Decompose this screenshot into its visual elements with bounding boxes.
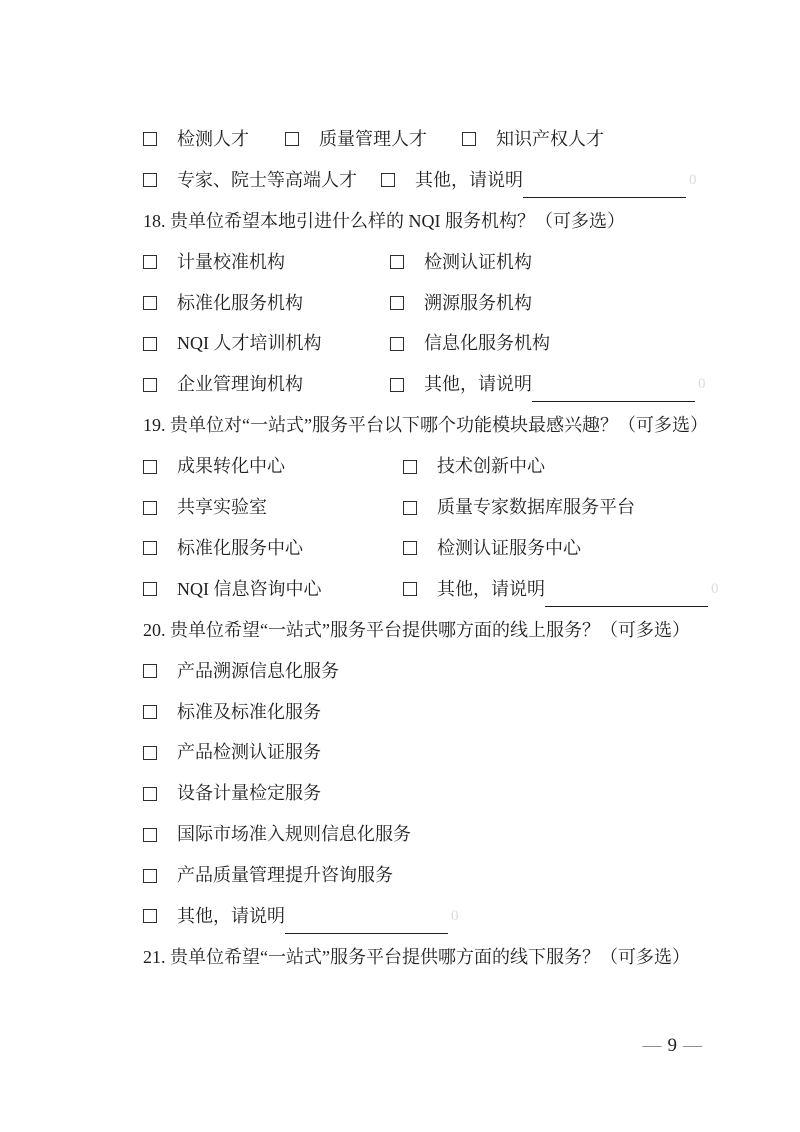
option-checkbox[interactable] bbox=[143, 132, 157, 146]
option: 检测人才 bbox=[143, 119, 285, 160]
other-fill-blank[interactable] bbox=[545, 591, 708, 607]
option: 检测认证机构 bbox=[390, 242, 532, 283]
option: 产品检测认证服务 bbox=[143, 732, 321, 773]
page-number-dash-left: — bbox=[643, 1035, 662, 1057]
option: 质量专家数据库服务平台 bbox=[403, 487, 635, 528]
option: 质量管理人才 bbox=[285, 119, 462, 160]
option-row: 产品检测认证服务 bbox=[100, 732, 715, 773]
option-checkbox[interactable] bbox=[143, 787, 157, 801]
option-label: 其他，请说明 bbox=[424, 364, 532, 405]
option-row: 计量校准机构 检测认证机构 bbox=[100, 242, 715, 283]
option-row: 产品溯源信息化服务 bbox=[100, 651, 715, 692]
option-label: 产品检测认证服务 bbox=[177, 732, 321, 773]
option-row: 标准化服务中心 检测认证服务中心 bbox=[100, 528, 715, 569]
option-checkbox[interactable] bbox=[403, 501, 417, 515]
option-checkbox[interactable] bbox=[143, 378, 157, 392]
option-label: 检测认证机构 bbox=[424, 242, 532, 283]
option-checkbox[interactable] bbox=[403, 582, 417, 596]
option-checkbox[interactable] bbox=[143, 664, 157, 678]
option-checkbox[interactable] bbox=[143, 909, 157, 923]
option: 标准化服务机构 bbox=[143, 283, 390, 324]
scan-artifact: 0 bbox=[698, 364, 706, 405]
option-checkbox[interactable] bbox=[390, 378, 404, 392]
option-label: 专家、院士等高端人才 bbox=[177, 160, 357, 201]
option-label: 技术创新中心 bbox=[437, 446, 545, 487]
option-checkbox[interactable] bbox=[143, 869, 157, 883]
scan-artifact: 0 bbox=[711, 569, 719, 610]
option-checkbox[interactable] bbox=[462, 132, 476, 146]
option-row: 设备计量检定服务 bbox=[100, 773, 715, 814]
option: 检测认证服务中心 bbox=[403, 528, 581, 569]
option-checkbox[interactable] bbox=[403, 460, 417, 474]
option-label: NQI 人才培训机构 bbox=[177, 323, 322, 364]
option: 成果转化中心 bbox=[143, 446, 403, 487]
option: 标准及标准化服务 bbox=[143, 692, 321, 733]
option-label: 计量校准机构 bbox=[177, 242, 285, 283]
option: 标准化服务中心 bbox=[143, 528, 403, 569]
option-row: 产品质量管理提升咨询服务 bbox=[100, 855, 715, 896]
option: 知识产权人才 bbox=[462, 119, 604, 160]
option-checkbox[interactable] bbox=[143, 173, 157, 187]
option-checkbox[interactable] bbox=[403, 541, 417, 555]
option-other: 其他，请说明 0 bbox=[390, 364, 706, 405]
option-checkbox[interactable] bbox=[143, 705, 157, 719]
page-number-value: 9 bbox=[668, 1035, 678, 1057]
option-row: NQI 信息咨询中心 其他，请说明 0 bbox=[100, 569, 715, 610]
question-19-title: 19. 贵单位对“一站式”服务平台以下哪个功能模块最感兴趣？（可多选） bbox=[100, 405, 700, 446]
page-number-dash-right: — bbox=[683, 1035, 702, 1057]
option-row: 标准及标准化服务 bbox=[100, 692, 715, 733]
option-label: 产品溯源信息化服务 bbox=[177, 651, 339, 692]
option: 国际市场准入规则信息化服务 bbox=[143, 814, 411, 855]
option: 产品质量管理提升咨询服务 bbox=[143, 855, 393, 896]
option-label: 其他，请说明 bbox=[177, 896, 285, 937]
option-other: 其他，请说明 0 bbox=[403, 569, 719, 610]
option-label: 标准化服务中心 bbox=[177, 528, 303, 569]
option-label: 检测人才 bbox=[177, 119, 249, 160]
option-row: 共享实验室 质量专家数据库服务平台 bbox=[100, 487, 715, 528]
option: 产品溯源信息化服务 bbox=[143, 651, 339, 692]
option: 共享实验室 bbox=[143, 487, 403, 528]
option-checkbox[interactable] bbox=[143, 296, 157, 310]
option: 溯源服务机构 bbox=[390, 283, 532, 324]
option-row: 成果转化中心 技术创新中心 bbox=[100, 446, 715, 487]
option-checkbox[interactable] bbox=[381, 173, 395, 187]
option: 技术创新中心 bbox=[403, 446, 545, 487]
option-checkbox[interactable] bbox=[285, 132, 299, 146]
option-label: 产品质量管理提升咨询服务 bbox=[177, 855, 393, 896]
option-label: 质量管理人才 bbox=[319, 119, 427, 160]
option-label: 检测认证服务中心 bbox=[437, 528, 581, 569]
question-21-title: 21. 贵单位希望“一站式”服务平台提供哪方面的线下服务？（可多选） bbox=[100, 937, 715, 978]
option-label: 其他，请说明 bbox=[437, 569, 545, 610]
option: NQI 信息咨询中心 bbox=[143, 569, 403, 610]
option-row: 标准化服务机构 溯源服务机构 bbox=[100, 283, 715, 324]
option-checkbox[interactable] bbox=[143, 828, 157, 842]
other-fill-blank[interactable] bbox=[285, 918, 448, 934]
option-label: 其他，请说明 bbox=[415, 160, 523, 201]
option-label: 国际市场准入规则信息化服务 bbox=[177, 814, 411, 855]
option-label: NQI 信息咨询中心 bbox=[177, 569, 322, 610]
option-label: 设备计量检定服务 bbox=[177, 773, 321, 814]
questionnaire-content: 检测人才 质量管理人才 知识产权人才 专家、院士等高端人才 其他，请说明 0 bbox=[100, 119, 715, 978]
document-page: 检测人才 质量管理人才 知识产权人才 专家、院士等高端人才 其他，请说明 0 bbox=[0, 0, 800, 1132]
option-checkbox[interactable] bbox=[143, 746, 157, 760]
option-checkbox[interactable] bbox=[143, 582, 157, 596]
other-fill-blank[interactable] bbox=[523, 182, 686, 198]
option-label: 成果转化中心 bbox=[177, 446, 285, 487]
option: 企业管理询机构 bbox=[143, 364, 390, 405]
option-label: 知识产权人才 bbox=[496, 119, 604, 160]
option: 专家、院士等高端人才 bbox=[143, 160, 381, 201]
option: 设备计量检定服务 bbox=[143, 773, 321, 814]
option-checkbox[interactable] bbox=[143, 337, 157, 351]
scan-artifact: 0 bbox=[451, 896, 459, 937]
question-18-title: 18. 贵单位希望本地引进什么样的 NQI 服务机构？（可多选） bbox=[100, 201, 715, 242]
option-row: 其他，请说明 0 bbox=[100, 896, 715, 937]
option-label: 标准化服务机构 bbox=[177, 283, 303, 324]
option: 信息化服务机构 bbox=[390, 323, 550, 364]
option-checkbox[interactable] bbox=[390, 296, 404, 310]
page-number: — 9 — bbox=[643, 1035, 703, 1057]
option-label: 质量专家数据库服务平台 bbox=[437, 487, 635, 528]
option-label: 溯源服务机构 bbox=[424, 283, 532, 324]
option-row: 专家、院士等高端人才 其他，请说明 0 bbox=[100, 160, 715, 201]
option-row: NQI 人才培训机构 信息化服务机构 bbox=[100, 323, 715, 364]
option-checkbox[interactable] bbox=[143, 541, 157, 555]
option-other: 其他，请说明 0 bbox=[143, 896, 459, 937]
option-checkbox[interactable] bbox=[390, 255, 404, 269]
scan-artifact: 0 bbox=[689, 160, 697, 201]
option-checkbox[interactable] bbox=[143, 501, 157, 515]
option-label: 企业管理询机构 bbox=[177, 364, 303, 405]
option-label: 信息化服务机构 bbox=[424, 323, 550, 364]
option-row: 企业管理询机构 其他，请说明 0 bbox=[100, 364, 715, 405]
option-checkbox[interactable] bbox=[143, 255, 157, 269]
option-checkbox[interactable] bbox=[143, 460, 157, 474]
other-fill-blank[interactable] bbox=[532, 386, 695, 402]
option: 计量校准机构 bbox=[143, 242, 390, 283]
option-row: 检测人才 质量管理人才 知识产权人才 bbox=[100, 119, 715, 160]
question-20-title: 20. 贵单位希望“一站式”服务平台提供哪方面的线上服务？（可多选） bbox=[100, 610, 715, 651]
option-row: 国际市场准入规则信息化服务 bbox=[100, 814, 715, 855]
option: NQI 人才培训机构 bbox=[143, 323, 390, 364]
option-label: 共享实验室 bbox=[177, 487, 267, 528]
option-label: 标准及标准化服务 bbox=[177, 692, 321, 733]
option-other: 其他，请说明 0 bbox=[381, 160, 697, 201]
option-checkbox[interactable] bbox=[390, 337, 404, 351]
